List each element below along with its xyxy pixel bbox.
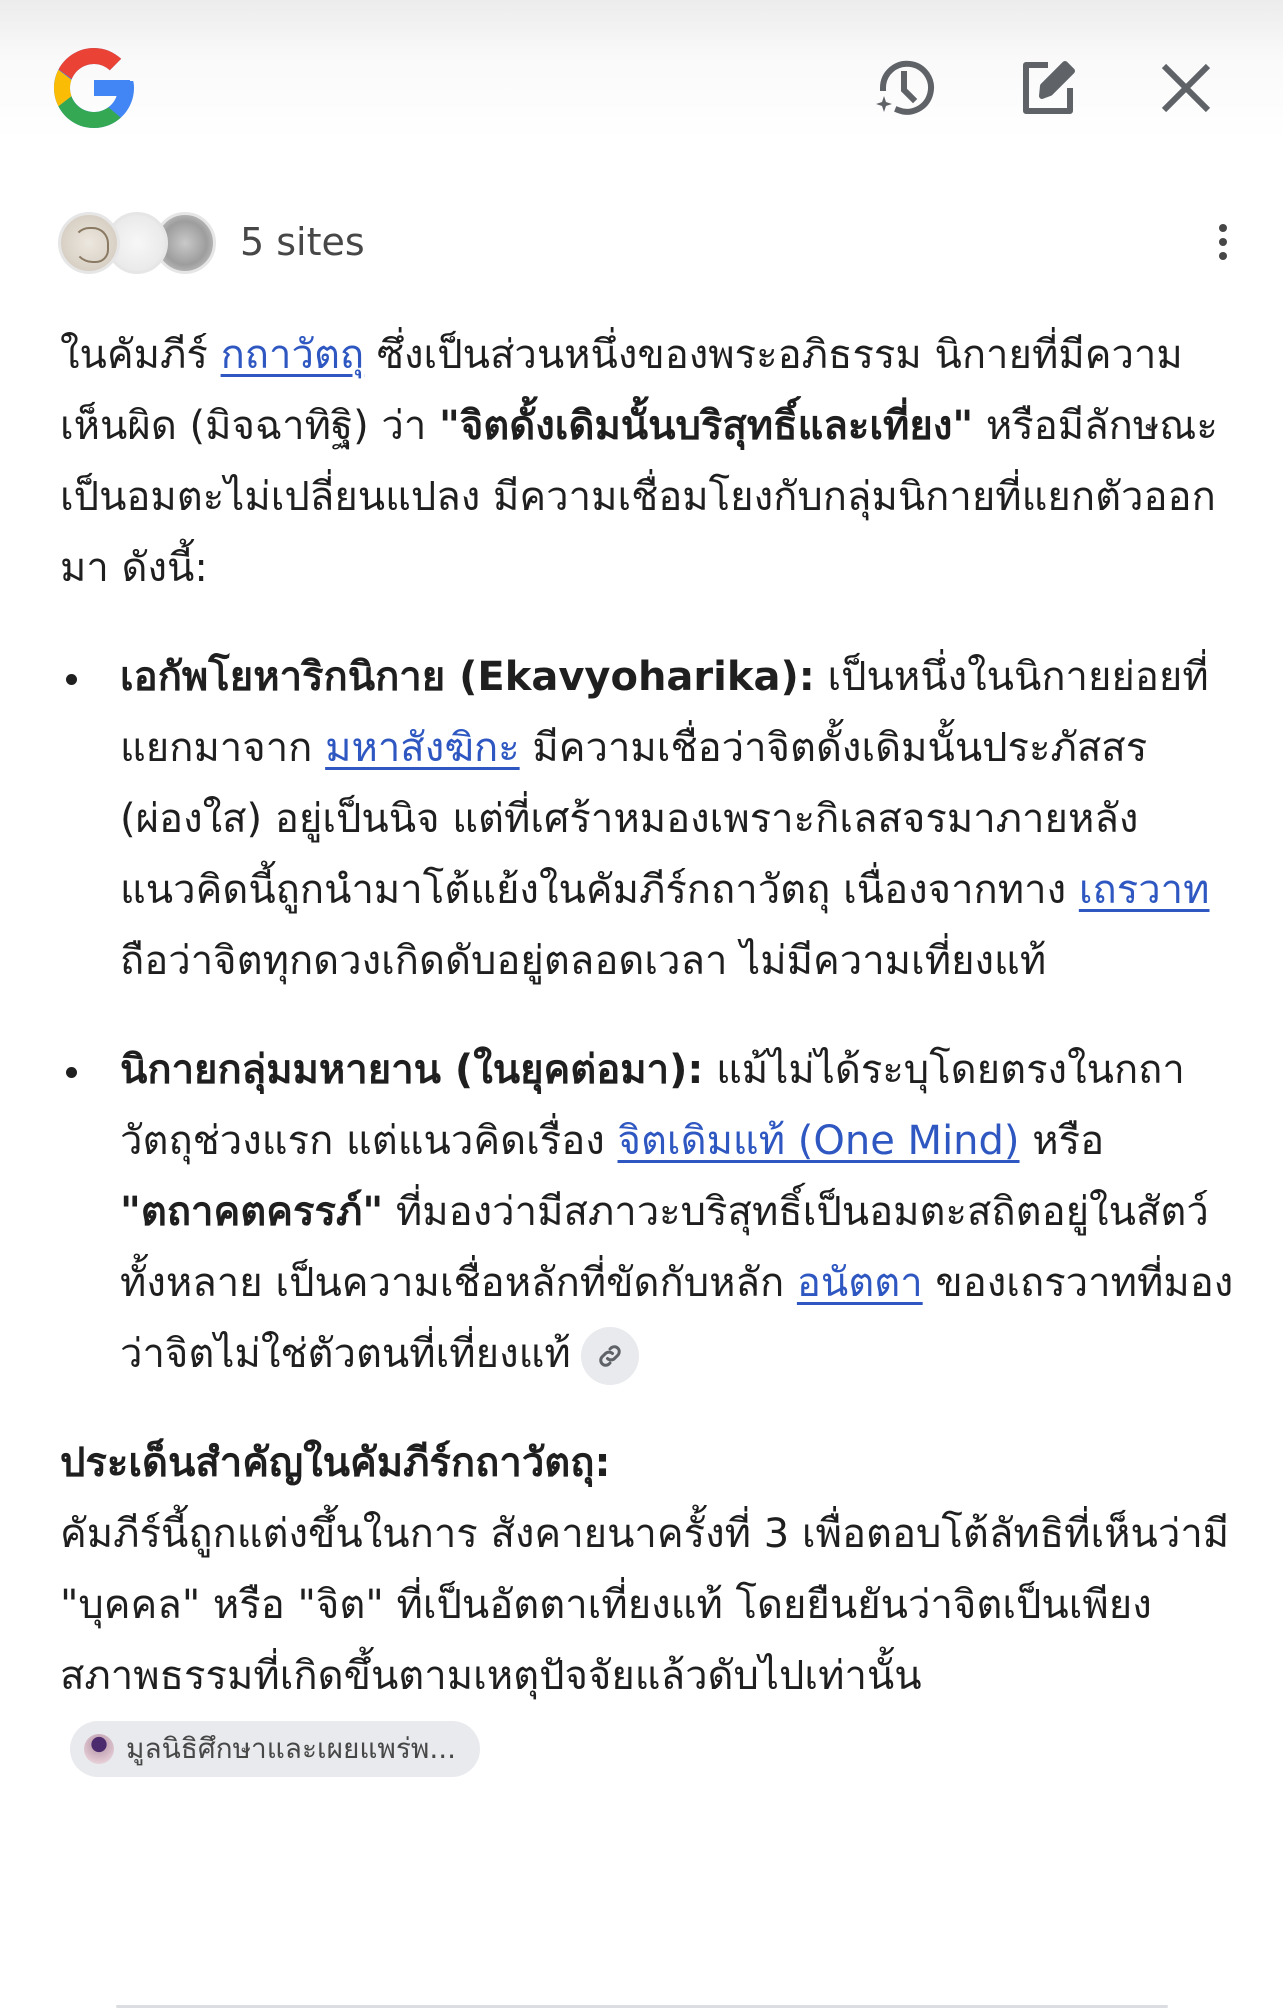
text: ถือว่าจิตทุกดวงเกิดดับอยู่ตลอดเวลา ไม่มี… <box>120 938 1046 984</box>
more-vert-icon[interactable] <box>1208 218 1238 274</box>
section-title: ประเด็นสำคัญในคัมภีร์กถาวัตถุ: <box>60 1428 1240 1499</box>
history-sparkle-icon[interactable] <box>868 52 940 124</box>
site-favicon <box>58 212 120 274</box>
link-theravada[interactable]: เถรวาท <box>1079 867 1210 913</box>
link-anatta[interactable]: อนัตตา <box>797 1260 923 1306</box>
bullet-title: เอกัพโยหาริกนิกาย (Ekavyoharika): <box>120 654 815 700</box>
intro-paragraph: ในคัมภีร์ กถาวัตถุ ซึ่งเป็นส่วนหนึ่งของพ… <box>60 320 1240 604</box>
source-chip[interactable]: มูลนิธิศึกษาและเผยแพร่พ... <box>70 1721 480 1777</box>
sources-row[interactable]: 5 sites <box>58 212 1238 282</box>
bold-quote: "จิตดั้งเดิมนั้นบริสุทธิ์และเที่ยง" <box>439 403 973 449</box>
bullet-list: เอกัพโยหาริกนิกาย (Ekavyoharika): เป็นหน… <box>60 642 1240 1390</box>
link-icon[interactable] <box>581 1327 639 1385</box>
google-g-logo <box>46 40 142 136</box>
link-mahasanghika[interactable]: มหาสังฆิกะ <box>325 725 520 771</box>
text: ในคัมภีร์ <box>60 332 221 378</box>
link-kathavatthu[interactable]: กถาวัตถุ <box>221 332 365 378</box>
ai-answer-content: ในคัมภีร์ กถาวัตถุ ซึ่งเป็นส่วนหนึ่งของพ… <box>60 320 1240 1783</box>
text: หรือ <box>1020 1118 1105 1164</box>
key-points-paragraph: คัมภีร์นี้ถูกแต่งขึ้นในการ สังคายนาครั้ง… <box>60 1499 1240 1783</box>
close-icon[interactable] <box>1150 52 1222 124</box>
link-one-mind[interactable]: จิตเดิมแท้ (One Mind) <box>618 1118 1020 1164</box>
header <box>0 0 1283 180</box>
source-favicon <box>84 1734 114 1764</box>
source-chip-label: มูลนิธิศึกษาและเผยแพร่พ... <box>126 1721 456 1777</box>
edit-square-icon[interactable] <box>1012 52 1084 124</box>
list-item: นิกายกลุ่มมหายาน (ในยุคต่อมา): แม้ไม่ได้… <box>60 1035 1240 1390</box>
bold-quote: "ตถาคตครรภ์" <box>120 1189 383 1235</box>
sites-count-label[interactable]: 5 sites <box>240 220 365 264</box>
list-item: เอกัพโยหาริกนิกาย (Ekavyoharika): เป็นหน… <box>60 642 1240 997</box>
bullet-title: นิกายกลุ่มมหายาน (ในยุคต่อมา): <box>120 1047 703 1093</box>
text: คัมภีร์นี้ถูกแต่งขึ้นในการ สังคายนาครั้ง… <box>60 1511 1229 1699</box>
